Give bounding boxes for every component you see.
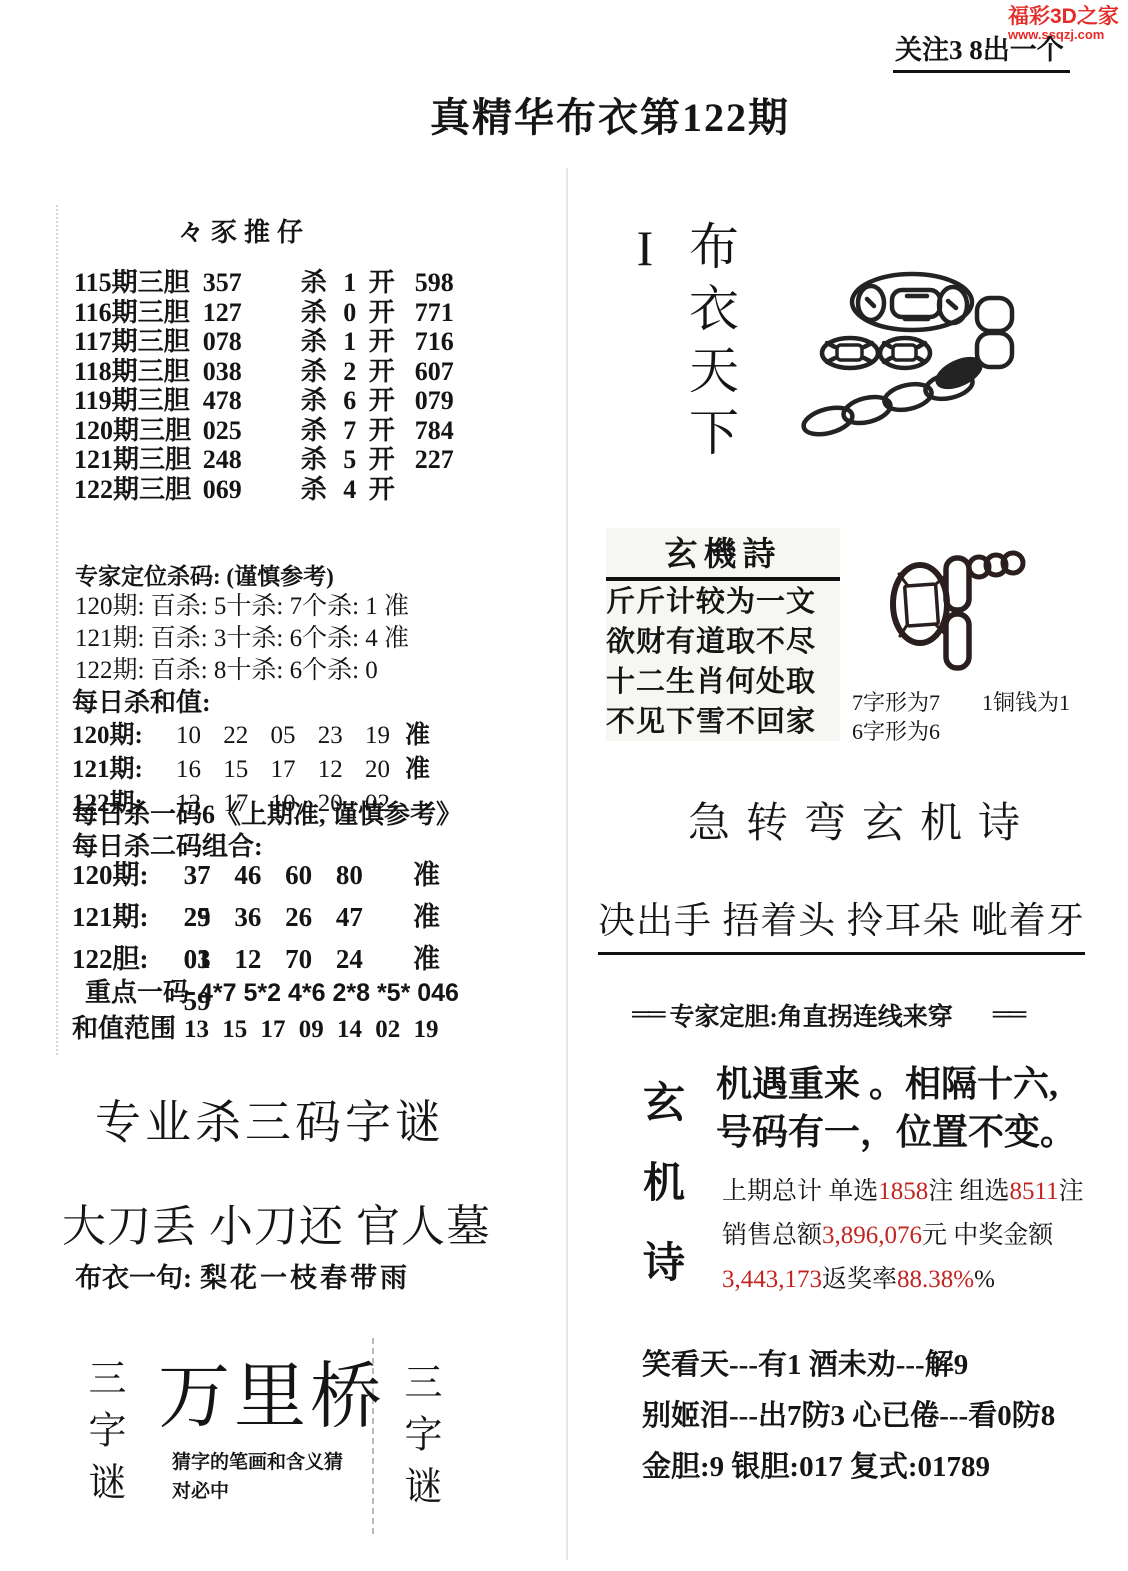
lottery-sheet-page: 福彩3D之家 www.ssqzj.com 关注3 8出一个 真精华布衣第122期… (0, 0, 1128, 1571)
history-table: 115期三胆357杀1开598 116期三胆127杀0开771 117期三胆07… (74, 268, 494, 504)
riddle-line1: 笑看天---有1 酒未劝---解9 (642, 1340, 1055, 1391)
row-label: 121期: (72, 896, 184, 938)
row-numbers: 16 15 17 12 20 (176, 753, 390, 787)
dan-cell: 127 (203, 298, 269, 328)
sha-cell: 2 (333, 357, 367, 387)
buyi-yiju-line: 布衣一句:梨花一枝春带雨 (75, 1256, 410, 1295)
kai-cell (415, 475, 494, 505)
kai-cell: 079 (415, 386, 494, 416)
kai-cell: 607 (415, 357, 494, 387)
row-label: 120期: (72, 719, 176, 753)
stats-text: 元 中奖金额 (922, 1222, 1053, 1249)
issue-cell: 118期三胆 (74, 357, 195, 387)
row-label: 布衣一句: (75, 1263, 192, 1293)
stats-number: 88.38% (897, 1266, 974, 1293)
copper-coin-sketch (858, 532, 1058, 692)
issue-cell: 117期三胆 (74, 327, 195, 357)
dan-cell: 069 (203, 475, 269, 505)
stats-text: 上期总计 单选 (722, 1178, 878, 1205)
table-row: 122期三胆069杀4开 (74, 475, 494, 505)
dingwei-row: 120期: 百杀: 5十杀: 7个杀: 1 准 (75, 591, 409, 623)
kai-cell: 784 (415, 416, 494, 446)
bottom-riddles: 笑看天---有1 酒未劝---解9 别姬泪---出7防3 心已倦---看0防8 … (642, 1340, 1055, 1493)
row-label: 和值范围 (72, 1014, 176, 1043)
kai-cell: 771 (415, 298, 494, 328)
sha-label: 杀 (301, 327, 333, 357)
sanzimi-label-left: 三字谜 (76, 1358, 131, 1538)
stats-text: 注 组选 (928, 1178, 1009, 1205)
issue-cell: 120期三胆 (74, 416, 195, 446)
dan-cell: 025 (203, 416, 269, 446)
xuanjishi-title: 玄機詩 (606, 528, 840, 581)
accuracy-mark: 准 (413, 854, 440, 896)
kai-label: 开 (369, 327, 401, 357)
jizhuanwan-title: 急转弯玄机诗 (688, 790, 1036, 850)
sha-label: 杀 (301, 268, 333, 298)
stats-text: 销售总额 (722, 1222, 822, 1249)
kai-label: 开 (369, 475, 401, 505)
stats-number: 8511 (1010, 1178, 1059, 1205)
sha-cell: 1 (333, 268, 367, 298)
ingots-coins-sketch (775, 255, 1105, 475)
sanzimi-note-line1: 猜字的笔画和含义猜 (172, 1448, 343, 1477)
poem-line: 欲财有道取不尽 (606, 623, 840, 661)
row-value: 4*7 5*2 4*6 2*8 *5* 046 (199, 979, 459, 1007)
page-title: 真精华布衣第122期 (430, 86, 790, 143)
sha-label: 杀 (301, 298, 333, 328)
table-row: 117期三胆078杀1开716 (74, 327, 494, 357)
issue-cell: 115期三胆 (74, 268, 195, 298)
dan-cell: 357 (203, 268, 269, 298)
sha-label: 杀 (301, 416, 333, 446)
sha-cell: 5 (333, 445, 367, 475)
sha-cell: 4 (333, 475, 367, 505)
table-row: 116期三胆127杀0开771 (74, 298, 494, 328)
section-title: 专家定位杀码: (谨慎参考) (75, 558, 409, 591)
poem-line: 斤斤计较为一文 (606, 583, 840, 621)
kai-label: 开 (369, 268, 401, 298)
accuracy-mark: 准 (405, 719, 430, 753)
shasanma-riddle: 大刀丢 小刀还 官人墓 (62, 1190, 491, 1254)
stats-number: 1858 (878, 1178, 928, 1205)
table-row: 121期三胆248杀5开227 (74, 445, 494, 475)
dan-cell: 478 (203, 386, 269, 416)
poem-line: 十二生肖何处取 (606, 663, 840, 701)
stats-number: 3,443,173 (722, 1266, 822, 1293)
row-numbers: 25 36 26 47 01 (184, 896, 413, 938)
sanzimi-note: 猜字的笔画和含义猜 对必中 (172, 1448, 343, 1506)
hint-7: 7字形为7 (852, 690, 940, 715)
issue-cell: 116期三胆 (74, 298, 195, 328)
row-numbers: 37 46 60 80 29 (184, 854, 413, 896)
stats-line3: 3,443,173返奖率88.38%% (722, 1258, 1084, 1302)
kai-label: 开 (369, 416, 401, 446)
sha-label: 杀 (301, 445, 333, 475)
sales-stats: 上期总计 单选1858注 组选8511注 销售总额3,896,076元 中奖金额… (722, 1170, 1084, 1302)
accuracy-mark: 准 (405, 753, 430, 787)
row-label: 120期: (72, 854, 184, 896)
stats-text: 返奖率 (822, 1266, 897, 1293)
hint-1: 1铜钱为1 (982, 690, 1070, 715)
sha-cell: 6 (333, 386, 367, 416)
table-row: 115期三胆357杀1开598 (74, 268, 494, 298)
shasanma-title: 专业杀三码字谜 (95, 1086, 445, 1152)
table-row: 119期三胆478杀6开079 (74, 386, 494, 416)
stats-text: % (974, 1266, 995, 1293)
section-title: 每日杀和值: (72, 682, 430, 719)
row-value: 13 15 17 09 14 02 19 (184, 1016, 439, 1043)
table-row: 118期三胆038杀2开607 (74, 357, 494, 387)
sanzimi-label-right: 三字谜 (392, 1362, 447, 1542)
jiyu-poem: 机遇重来 。相隔十六, 号码有一，位置不变。 (716, 1060, 1076, 1156)
issue-cell: 119期三胆 (74, 386, 195, 416)
row-numbers: 10 22 05 23 19 (176, 719, 390, 753)
sha-label: 杀 (301, 475, 333, 505)
double-dash: ══ (993, 1001, 1024, 1029)
accuracy-mark: 准 (413, 896, 440, 938)
row-value: 梨花一枝春带雨 (200, 1263, 410, 1293)
row-label: 121期: (72, 753, 176, 787)
sha-erma-section: 120期: 37 46 60 80 29 准 121期: 25 36 26 47… (72, 854, 440, 980)
jiyu-line1: 机遇重来 。相隔十六, (716, 1060, 1076, 1108)
row-label: 重点一码 (85, 978, 189, 1007)
dingwei-row: 121期: 百杀: 3十杀: 6个杀: 4 准 (75, 623, 409, 655)
riddle-line2: 别姬泪---出7防3 心已倦---看0防8 (642, 1391, 1055, 1442)
dan-cell: 038 (203, 357, 269, 387)
xuanjishi-vertical-title: 玄机诗 (630, 1080, 690, 1330)
kai-cell: 598 (415, 268, 494, 298)
column-divider-line (566, 168, 568, 1560)
dan-cell: 248 (203, 445, 269, 475)
riddle-line3: 金胆:9 银胆:017 复式:01789 (642, 1442, 1055, 1493)
buyi-tianxia-title: 布衣天下I (616, 220, 746, 520)
hint-line-1: 7字形为71铜钱为1 (852, 688, 1070, 717)
site-logo-name: 福彩3D之家 (1008, 6, 1119, 28)
sha-label: 杀 (301, 386, 333, 416)
kai-label: 开 (369, 357, 401, 387)
kai-label: 开 (369, 298, 401, 328)
issue-cell: 122期三胆 (74, 475, 195, 505)
stats-line2: 销售总额3,896,076元 中奖金额 (722, 1214, 1084, 1258)
kai-label: 开 (369, 445, 401, 475)
stats-text: 注 (1059, 1178, 1084, 1205)
scan-left-margin-line (56, 205, 58, 1055)
jiyu-line2: 号码有一，位置不变。 (716, 1108, 1076, 1156)
kai-cell: 227 (415, 445, 494, 475)
kai-label: 开 (369, 386, 401, 416)
dingwei-sha-section: 专家定位杀码: (谨慎参考) 120期: 百杀: 5十杀: 7个杀: 1 准 1… (75, 558, 409, 687)
hezhi-fanwei-line: 和值范围13 15 17 09 14 02 19 (72, 1008, 439, 1045)
sanzimi-answer: 万里桥 (158, 1338, 386, 1442)
top-note: 关注3 8出一个 (893, 28, 1070, 73)
issue-cell: 121期三胆 (74, 445, 195, 475)
dingdan-text: 专家定胆:角直拐连线来穿 (669, 997, 952, 1033)
double-dash: ══ (632, 1001, 663, 1029)
dan-cell: 078 (203, 327, 269, 357)
zhongdian-yima-line: 重点一码4*7 5*2 4*6 2*8 *5* 046 (85, 972, 459, 1009)
sha-cell: 0 (333, 298, 367, 328)
sha-erma-row: 120期: 37 46 60 80 29 准 (72, 854, 440, 896)
table-row: 120期三胆025杀7开784 (74, 416, 494, 446)
dingdan-line: ══ 专家定胆:角直拐连线来穿 ══ (626, 997, 1030, 1033)
jizhuanwan-riddle: 决出手 捂着头 拎耳朵 呲着牙 (598, 890, 1085, 955)
sha-cell: 7 (333, 416, 367, 446)
sha-hezhi-row: 120期: 10 22 05 23 19 准 (72, 719, 430, 753)
stats-line1: 上期总计 单选1858注 组选8511注 (722, 1170, 1084, 1214)
xuanjishi-box: 玄機詩 斤斤计较为一文 欲财有道取不尽 十二生肖何处取 不见下雪不回家 (606, 528, 840, 741)
sha-hezhi-row: 121期: 16 15 17 12 20 准 (72, 753, 430, 787)
sketch-hints: 7字形为71铜钱为1 6字形为6 (852, 688, 1070, 746)
poem-line: 不见下雪不回家 (606, 703, 840, 741)
left-column-header: 々豕推仔 (178, 212, 310, 249)
sha-erma-row: 121期: 25 36 26 47 01 准 (72, 896, 440, 938)
hint-line-2: 6字形为6 (852, 717, 1070, 746)
stats-number: 3,896,076 (822, 1222, 922, 1249)
sha-label: 杀 (301, 357, 333, 387)
sha-cell: 1 (333, 327, 367, 357)
sanzimi-note-line2: 对必中 (172, 1477, 343, 1506)
kai-cell: 716 (415, 327, 494, 357)
